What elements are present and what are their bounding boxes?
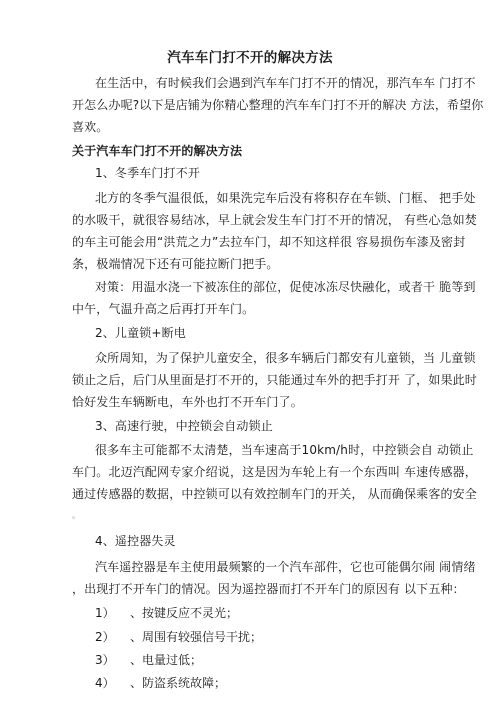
paragraph-line: 车门。北迈汽配网专家介绍说，这是因为车轮上有一个东西叫 车速传感器， bbox=[72, 463, 477, 480]
paragraph-line: 很多车主可能都不太清楚，当车速高于10km/h时，中控锁会自 动锁止 bbox=[95, 441, 473, 458]
paragraph-line: 北方的冬季气温很低，如果洗完车后没有将积存在车锁、门框、 把手处 bbox=[95, 189, 476, 206]
intro-line: 喜欢。 bbox=[72, 118, 108, 135]
paragraph-line: 汽车遥控器是车主使用最频繁的一个汽车部件，它也可能偶尔闹 闹情绪 bbox=[95, 558, 476, 575]
list-item-text: 、周围有较强信号干扰； bbox=[130, 628, 262, 645]
list-item-number: 1） bbox=[95, 604, 115, 621]
paragraph-line: 通过传感器的数据，中控锁可以有效控制车门的开关， 从而确保乘客的安全 bbox=[72, 485, 477, 502]
paragraph-line: 锁止之后，后门从里面是打不开的，只能通过车外的把手打开 了，如果此时 bbox=[72, 371, 477, 388]
intro-line: 开怎么办呢?以下是店铺为你精心整理的汽车车门打不开的解决 方法，希望你 bbox=[72, 96, 483, 113]
document-title: 汽车车门打不开的解决方法 bbox=[72, 46, 428, 66]
list-item-text: 、防盗系统故障； bbox=[130, 674, 226, 691]
list-item-text: 、按键反应不灵光； bbox=[130, 604, 238, 621]
paragraph-line: 对策：用温水浇一下被冻住的部位，促使冰冻尽快融化，或者干 脆等到 bbox=[95, 278, 476, 295]
paragraph-line: 的水吸干，就很容易结冰，早上就会发生车门打不开的情况， 有些心急如焚 bbox=[72, 211, 477, 228]
list-item-text: 、电量过低； bbox=[130, 651, 202, 668]
paragraph-line: ，出现打不开车门的情况。因为遥控器而打不开车门的原因有 以下五种： bbox=[72, 580, 465, 597]
subsection-heading-2: 2、儿童锁+断电 bbox=[95, 324, 186, 341]
list-item-number: 4） bbox=[95, 674, 115, 691]
section-heading: 关于汽车车门打不开的解决方法 bbox=[72, 142, 242, 159]
paragraph-line: 中午，气温升高之后再打开车门。 bbox=[72, 300, 254, 317]
paragraph-line: 条，极端情况下还有可能拉断门把手。 bbox=[72, 255, 279, 272]
paragraph-line: 。 bbox=[72, 508, 81, 521]
paragraph-line: 恰好发生车辆断电，车外也打不开车门了。 bbox=[72, 393, 303, 410]
intro-line: 在生活中，有时候我们会遇到汽车车门打不开的情况，那汽车车 门打不 bbox=[95, 74, 476, 91]
subsection-heading-1: 1、冬季车门打不开 bbox=[95, 164, 200, 181]
paragraph-line: 的车主可能会用“洪荒之力”去拉车门，却不知这样很 容易损伤车漆及密封 bbox=[72, 233, 465, 250]
subsection-heading-3: 3、高速行驶，中控锁会自动锁止 bbox=[95, 417, 273, 434]
list-item-number: 2） bbox=[95, 628, 115, 645]
list-item-number: 3） bbox=[95, 651, 115, 668]
subsection-heading-4: 4、遥控器失灵 bbox=[95, 532, 176, 549]
paragraph-line: 众所周知，为了保护儿童安全，很多车辆后门都安有儿童锁，当 儿童锁 bbox=[95, 349, 476, 366]
